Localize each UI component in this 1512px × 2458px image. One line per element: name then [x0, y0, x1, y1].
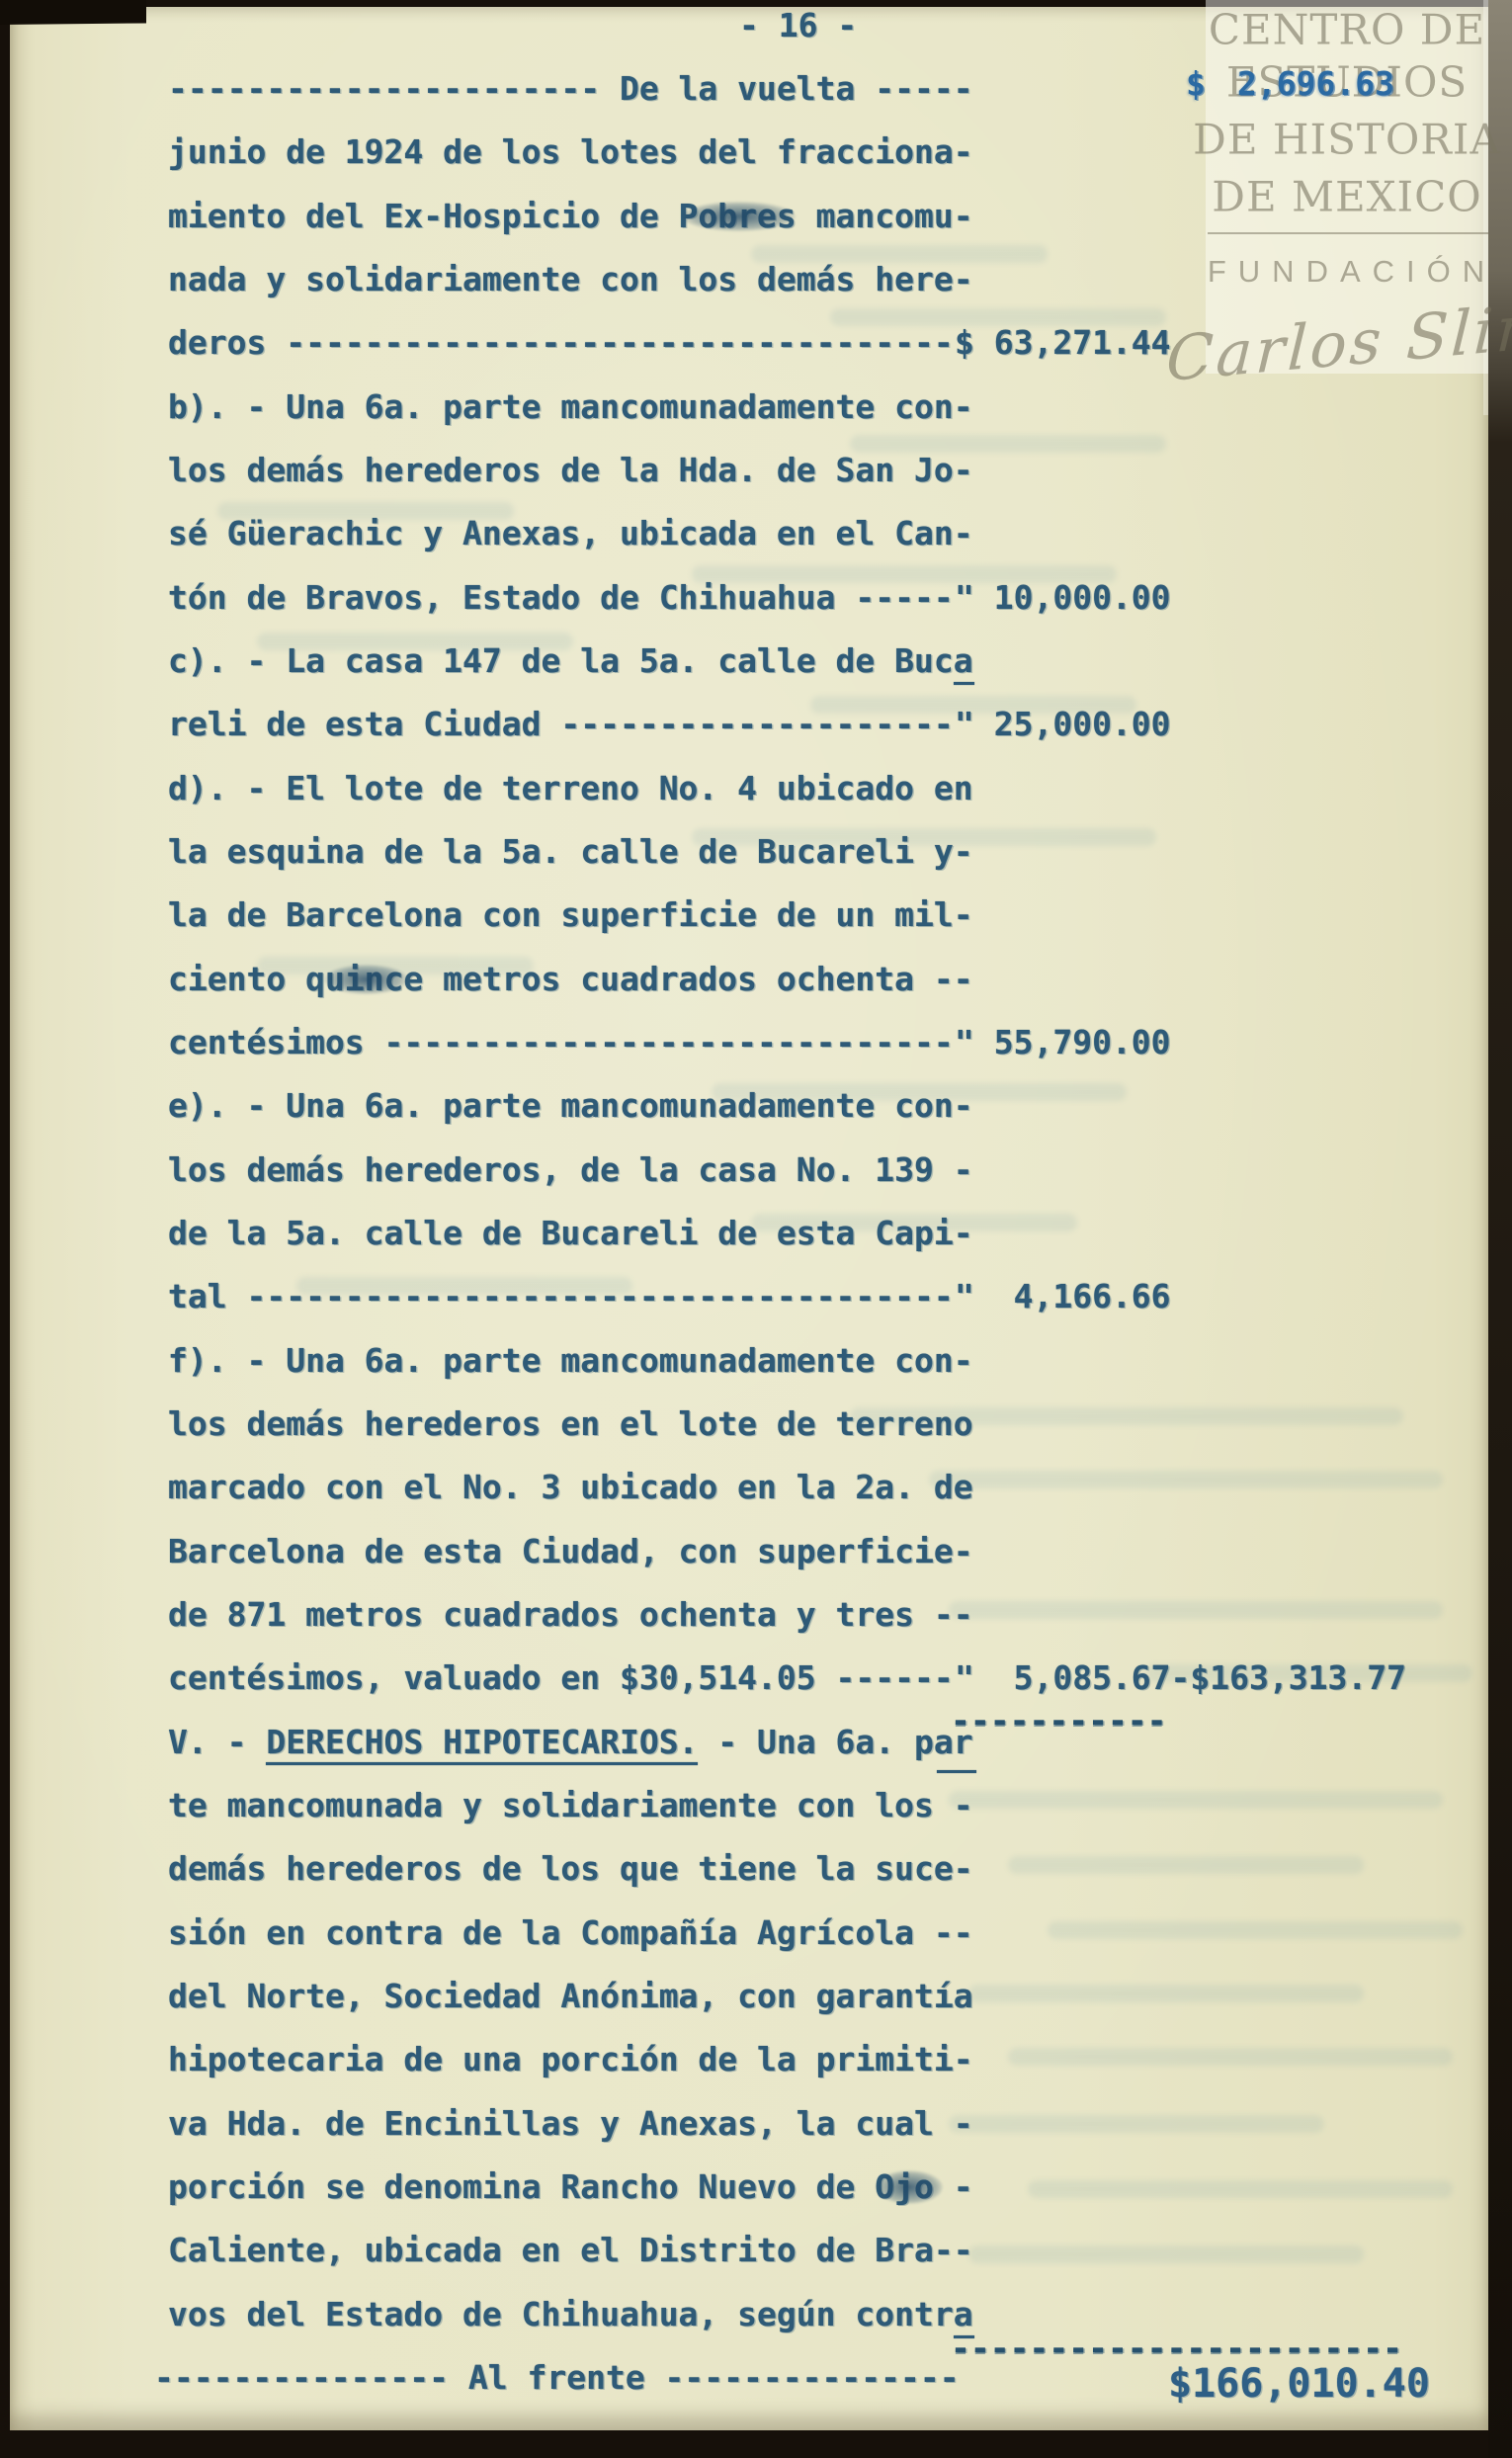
document-line: los demás herederos, de la casa No. 139 … — [0, 1148, 1512, 1192]
amount-value: " 4,166.66 — [955, 1275, 1171, 1318]
document-line: sión en contra de la Compañía Agrícola -… — [0, 1911, 1512, 1955]
document-line: reli de esta Ciudad --------------------… — [0, 703, 1512, 746]
document-line: los demás herederos de la Hda. de San Jo… — [0, 449, 1512, 492]
document-line: porción se denomina Rancho Nuevo de Ojo … — [0, 2165, 1512, 2209]
scanned-document-page: CENTRO DE ESTUDIOS DE HISTORIA DE MEXICO… — [0, 0, 1512, 2458]
amount-value: " 5,085.67-$163,313.77 — [955, 1656, 1406, 1700]
document-line: los demás herederos en el lote de terren… — [0, 1402, 1512, 1446]
document-line: f). - Una 6a. parte mancomunadamente con… — [0, 1339, 1512, 1383]
document-line: te mancomunada y solidariamente con los … — [0, 1784, 1512, 1827]
document-line: demás herederos de los que tiene la suce… — [0, 1847, 1512, 1891]
ink-blot-overstrike — [324, 965, 408, 994]
document-line: centésimos, valuado en $30,514.05 ------… — [0, 1656, 1512, 1700]
amount-value: " 55,790.00 — [955, 1021, 1171, 1064]
document-line: hipotecaria de una porción de la primiti… — [0, 2038, 1512, 2081]
document-line: de 871 metros cuadrados ochenta y tres -… — [0, 1593, 1512, 1637]
ink-blot-overstrike — [682, 202, 796, 231]
document-line: la de Barcelona con superficie de un mil… — [0, 893, 1512, 937]
document-line: e). - Una 6a. parte mancomunadamente con… — [0, 1084, 1512, 1128]
document-line: Caliente, ubicada en el Distrito de Bra-… — [0, 2229, 1512, 2272]
document-line: centésimos -----------------------------… — [0, 1021, 1512, 1064]
document-line: junio de 1924 de los lotes del fracciona… — [0, 130, 1512, 174]
document-line: del Norte, Sociedad Anónima, con garantí… — [0, 1975, 1512, 2018]
document-line: tón de Bravos, Estado de Chihuahua -----… — [0, 576, 1512, 620]
document-line: marcado con el No. 3 ubicado en la 2a. d… — [0, 1466, 1512, 1509]
watermark-line-centro: CENTRO DE — [1209, 6, 1485, 54]
document-line: deros ----------------------------------… — [0, 321, 1512, 365]
page-number: - 16 - — [739, 4, 857, 47]
subtotal-separator-dashes: ----------- — [951, 1699, 1167, 1742]
document-line: ciento quince metros cuadrados ochenta -… — [0, 958, 1512, 1001]
document-line: ---------------------- De la vuelta ----… — [0, 67, 1512, 111]
document-line: de la 5a. calle de Bucareli de esta Capi… — [0, 1212, 1512, 1255]
document-line: b). - Una 6a. parte mancomunadamente con… — [0, 385, 1512, 429]
document-line: tal ------------------------------------… — [0, 1275, 1512, 1318]
document-line: nada y solidariamente con los demás here… — [0, 258, 1512, 301]
amount-value: $ 63,271.44 — [955, 321, 1171, 365]
ink-blot-overstrike — [876, 2170, 943, 2204]
carried-forward-total: $166,010.40 — [1168, 2360, 1430, 2408]
heading-underline-derechos-hipotecarios — [266, 1762, 698, 1765]
document-line: va Hda. de Encinillas y Anexas, la cual … — [0, 2102, 1512, 2146]
document-line: d). - El lote de terreno No. 4 ubicado e… — [0, 767, 1512, 810]
amount-value: " 25,000.00 — [955, 703, 1171, 746]
document-line: c). - La casa 147 de la 5a. calle de Buc… — [0, 639, 1512, 683]
document-line: Barcelona de esta Ciudad, con superficie… — [0, 1530, 1512, 1573]
syllable-underline-par — [937, 1770, 976, 1773]
document-line: V. - DERECHOS HIPOTECARIOS. - Una 6a. pa… — [0, 1721, 1512, 1764]
scan-edge-top-left — [0, 0, 146, 25]
syllable-underline-contra — [954, 2335, 974, 2338]
document-line: sé Güerachic y Anexas, ubicada en el Can… — [0, 512, 1512, 555]
document-line: la esquina de la 5a. calle de Bucareli y… — [0, 830, 1512, 874]
syllable-underline-buca — [954, 682, 974, 685]
amount-value: " 10,000.00 — [955, 576, 1171, 620]
